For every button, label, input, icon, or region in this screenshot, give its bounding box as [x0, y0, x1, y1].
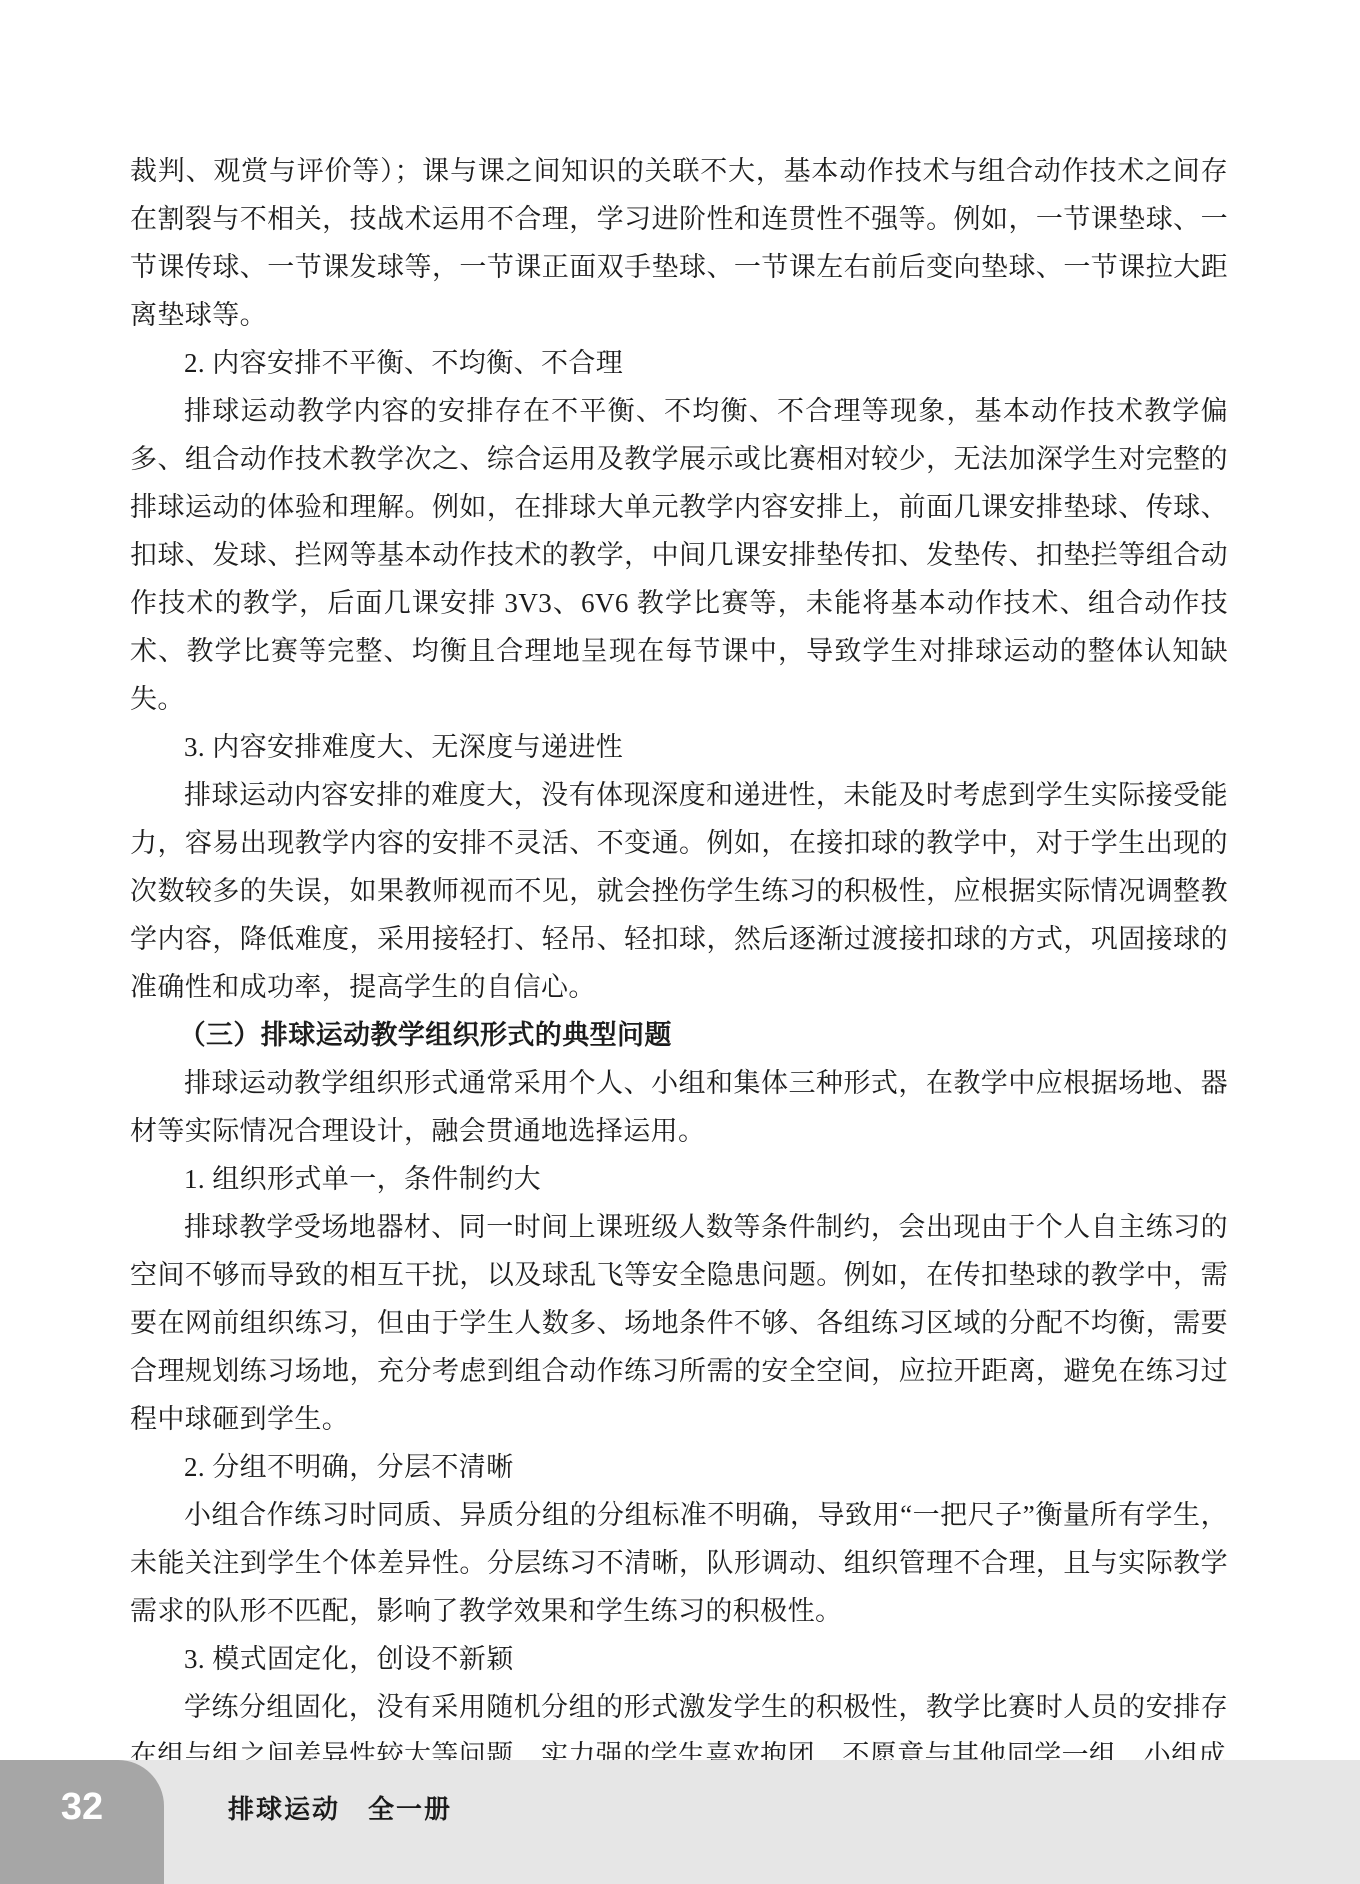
paragraph: 排球教学受场地器材、同一时间上课班级人数等条件制约，会出现由于个人自主练习的空间… [130, 1203, 1228, 1443]
numbered-heading: 1. 组织形式单一，条件制约大 [130, 1155, 1228, 1203]
section-heading: （三）排球运动教学组织形式的典型问题 [130, 1011, 1228, 1059]
text-column: 裁判、观赏与评价等）；课与课之间知识的关联不大，基本动作技术与组合动作技术之间存… [130, 147, 1228, 1779]
book-page: 裁判、观赏与评价等）；课与课之间知识的关联不大，基本动作技术与组合动作技术之间存… [0, 0, 1360, 1884]
page-number-badge: 32 [0, 1760, 164, 1884]
numbered-heading: 3. 内容安排难度大、无深度与递进性 [130, 723, 1228, 771]
numbered-heading: 2. 内容安排不平衡、不均衡、不合理 [130, 339, 1228, 387]
paragraph: 裁判、观赏与评价等）；课与课之间知识的关联不大，基本动作技术与组合动作技术之间存… [130, 147, 1228, 339]
paragraph: 排球运动教学内容的安排存在不平衡、不均衡、不合理等现象，基本动作技术教学偏多、组… [130, 387, 1228, 723]
numbered-heading: 3. 模式固定化，创设不新颖 [130, 1635, 1228, 1683]
paragraph: 排球运动教学组织形式通常采用个人、小组和集体三种形式，在教学中应根据场地、器材等… [130, 1059, 1228, 1155]
book-title: 排球运动 全一册 [228, 1796, 452, 1822]
page-number: 32 [0, 1788, 164, 1826]
paragraph: 排球运动内容安排的难度大，没有体现深度和递进性，未能及时考虑到学生实际接受能力，… [130, 771, 1228, 1011]
paragraph: 小组合作练习时同质、异质分组的分组标准不明确，导致用“一把尺子”衡量所有学生，未… [130, 1491, 1228, 1635]
page-footer: 32 排球运动 全一册 [0, 1760, 1360, 1884]
numbered-heading: 2. 分组不明确，分层不清晰 [130, 1443, 1228, 1491]
